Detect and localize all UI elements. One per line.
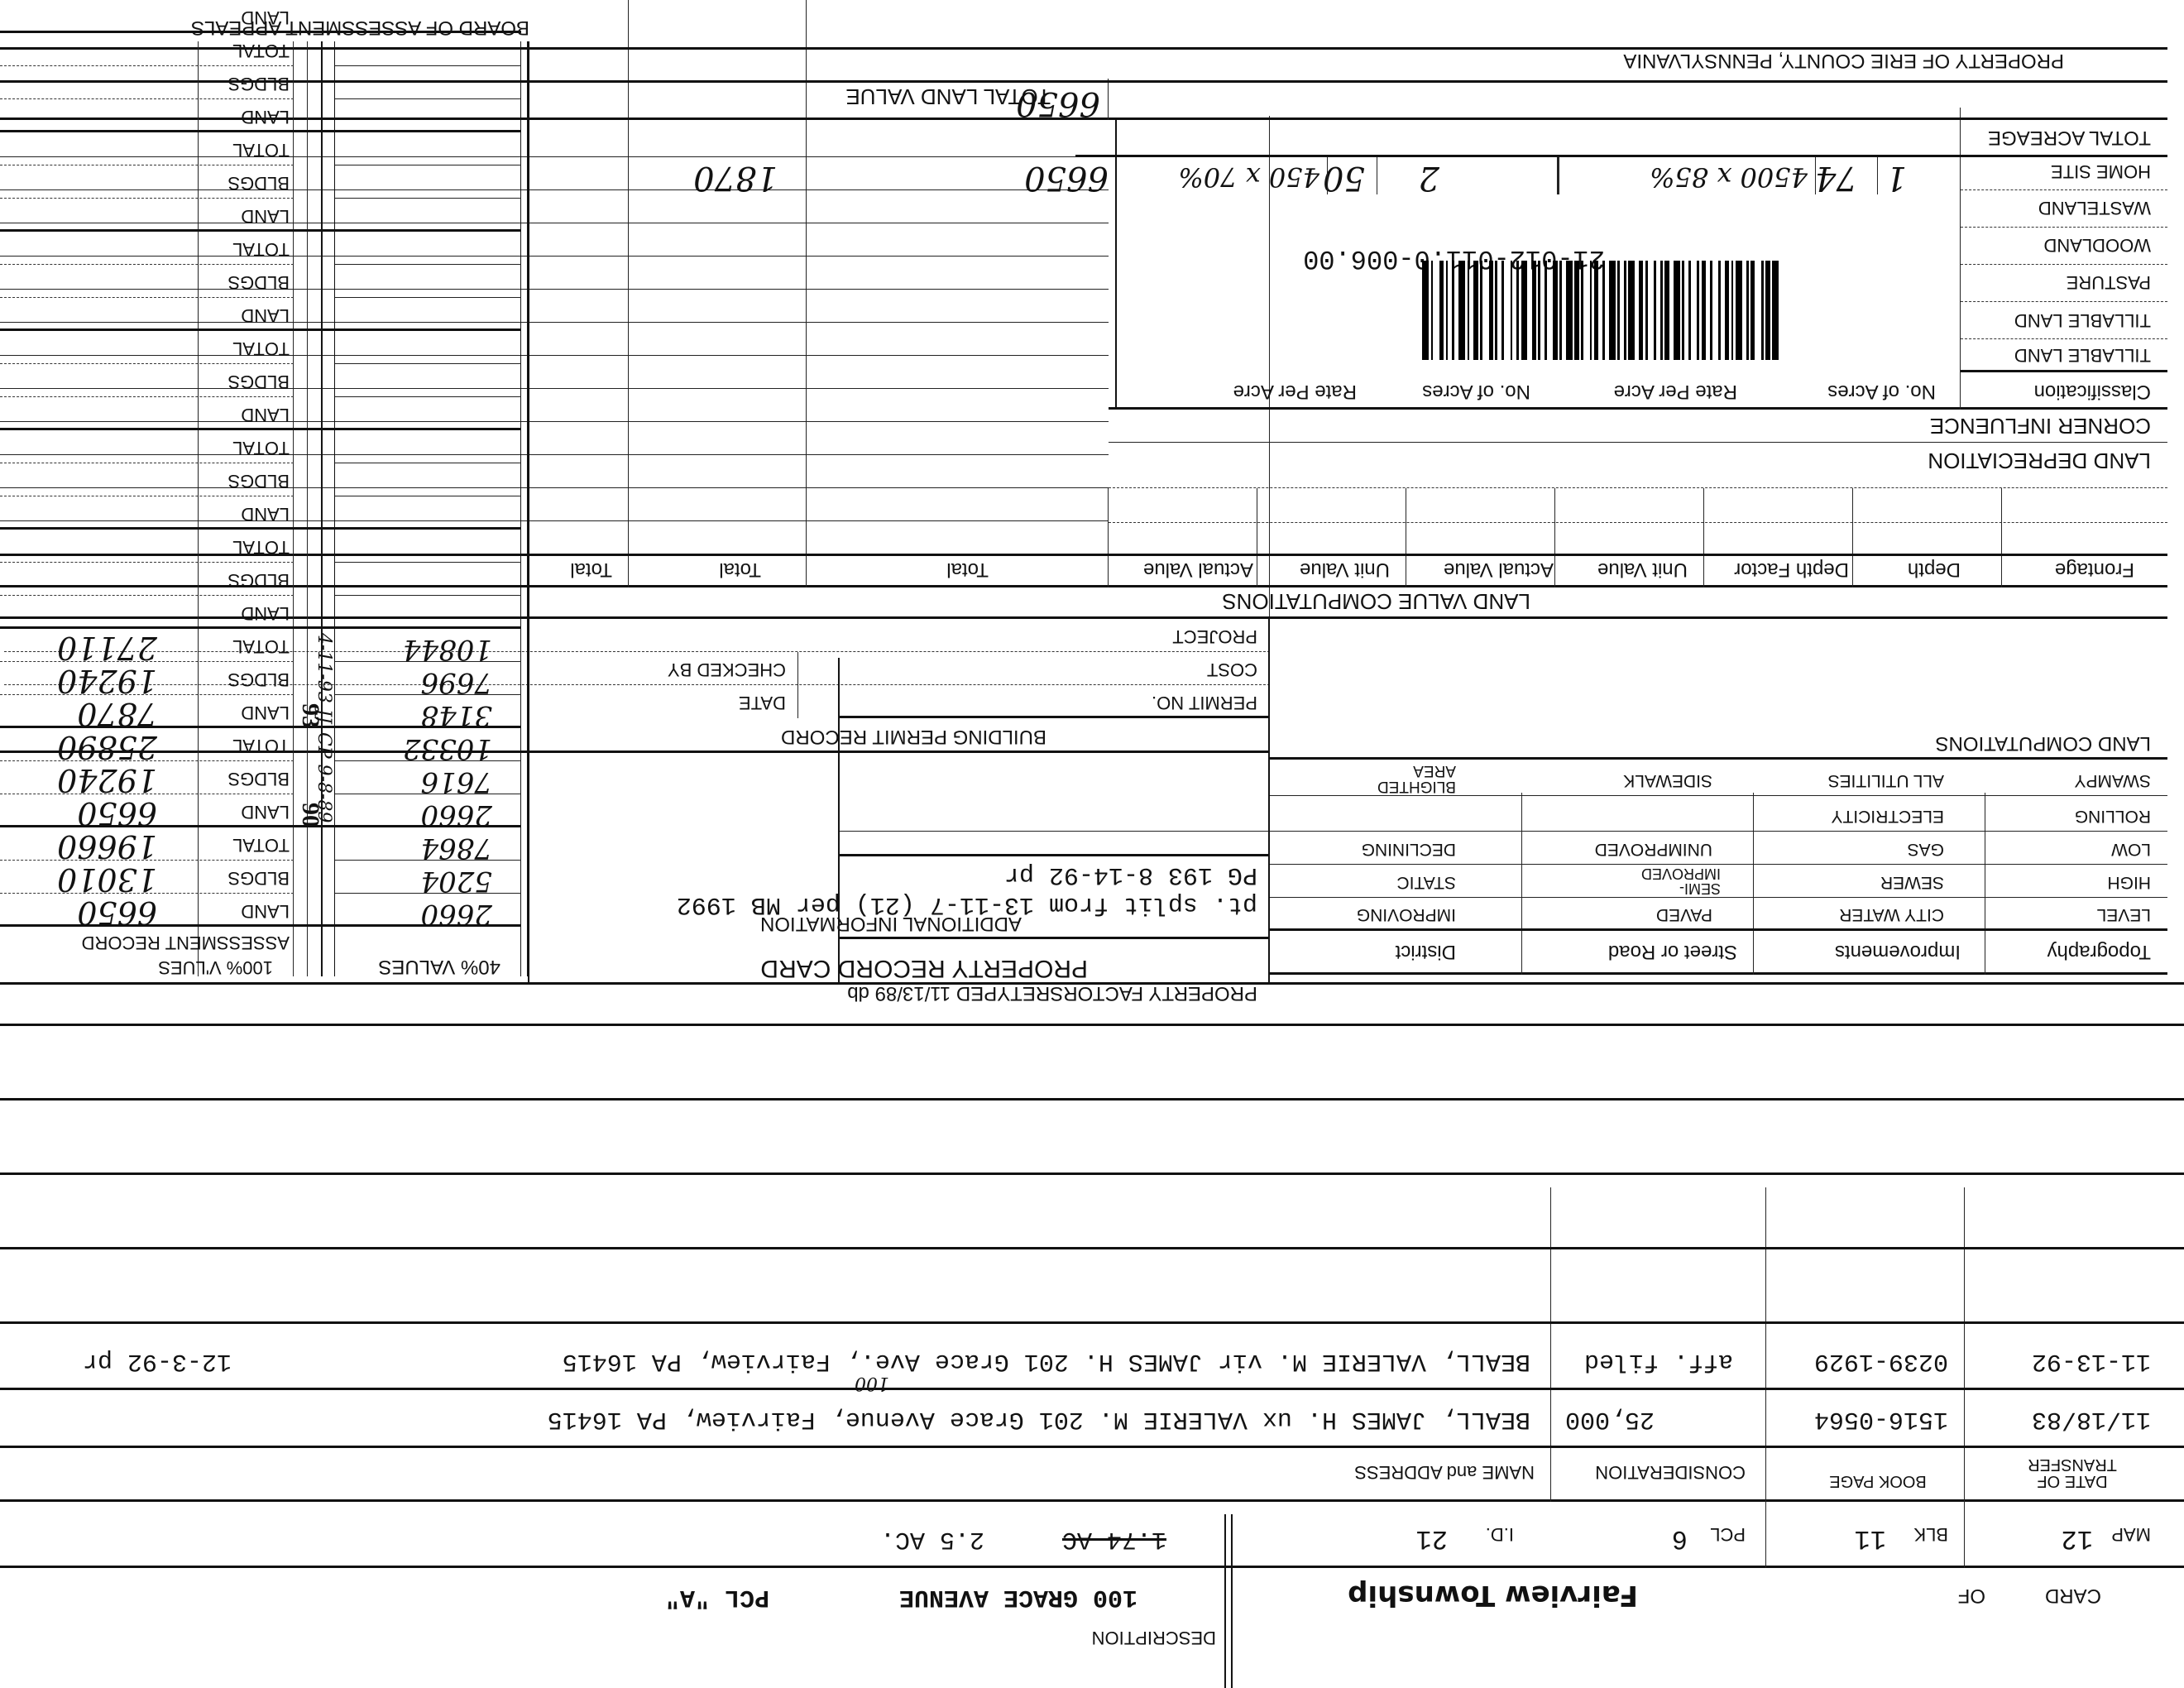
land-depreciation-label: LAND DEPRECIATION (1928, 450, 2151, 472)
divider (307, 41, 308, 976)
rule (0, 585, 2167, 587)
divider (1521, 793, 1522, 975)
row-rule (335, 463, 521, 463)
col-improvements: Improvements (1835, 942, 1961, 961)
factor-blighted-area: BLIGHTED AREA (1348, 763, 1456, 794)
col-unit-value: Unit Value (1597, 559, 1688, 579)
home-site-acres-2-frac: 50 (1323, 161, 1365, 194)
rule (0, 487, 1109, 488)
row-rule (335, 297, 521, 298)
row-rule (335, 65, 521, 66)
rule (1961, 264, 2167, 265)
row-rule (335, 264, 521, 265)
divider (1377, 157, 1377, 194)
name-address-header: NAME and ADDRESS (1354, 1463, 1535, 1481)
rule (0, 355, 1109, 356)
divider (293, 41, 294, 976)
transfer-date: 11-13-92 (2032, 1349, 2151, 1374)
row-rule (0, 264, 294, 265)
assessment-block-rule (0, 328, 521, 331)
divider (334, 41, 335, 976)
rule (0, 1024, 2184, 1026)
total-land-value: 6650 (1016, 87, 1100, 120)
permit-date-label: DATE (739, 693, 786, 712)
transfer-book-page: 0239-1929 (1814, 1349, 1948, 1374)
col-classification: Classification (2034, 381, 2151, 401)
assessment-row-label: LAND (241, 902, 290, 920)
id-value: 21 (1416, 1525, 1448, 1551)
rule (0, 750, 1270, 753)
rule (1270, 757, 2167, 760)
rule (840, 937, 1270, 939)
assessment-row-label: BLDGS (227, 372, 290, 391)
row-rule (0, 562, 294, 563)
county-title: PROPERTY OF ERIE COUNTY, PENNSYLVANIA (1623, 50, 2064, 70)
assessment-row-label: TOTAL (232, 41, 290, 60)
assessment-row-label: BLDGS (227, 472, 290, 490)
assessment-block-rule (0, 527, 521, 530)
rule (0, 1388, 2184, 1390)
value-100: 19240 (57, 665, 157, 697)
board-title: BOARD OF ASSESSMENT APPEALS (191, 17, 529, 37)
rule (1109, 487, 2167, 488)
class-wasteland: WASTELAND (2038, 199, 2151, 217)
description-pcl: PCL "A" (665, 1585, 769, 1609)
factor-rolling: ROLLING (2075, 808, 2151, 825)
corner-influence-label: CORNER INFLUENCE (1930, 415, 2151, 437)
class-woodland: WOODLAND (2043, 236, 2151, 254)
col-actual-value: Actual Value (1444, 559, 1554, 579)
row-rule (0, 297, 294, 298)
row-rule (0, 496, 294, 496)
assessment-row-label: LAND (241, 803, 290, 821)
land-value-computations-title: LAND VALUE COMPUTATIONS (1222, 591, 1530, 612)
assessment-block-rule (0, 130, 521, 132)
home-site-acres-1: 1 (1886, 161, 1907, 194)
additional-info-line-2: PG 193 8-14-92 pr (1004, 862, 1257, 887)
rule (1961, 301, 2167, 302)
divider (198, 41, 199, 976)
value-100: 13010 (57, 864, 157, 895)
assessment-record-label: ASSESSMENT RECORD (82, 933, 290, 952)
assessment-row-label: TOTAL (232, 439, 290, 457)
rule (1109, 407, 2167, 410)
class-total-acreage: TOTAL ACREAGE (1988, 127, 2151, 147)
class-pasture: PASTURE (2067, 273, 2151, 291)
permit-no-label: PERMIT NO. (1152, 693, 1257, 712)
factor-gas: GAS (1908, 841, 1944, 858)
divider (1224, 1514, 1226, 1688)
rule (1109, 522, 2167, 523)
property-record-title: PROPERTY RECORD CARD (760, 956, 1088, 981)
rule (1961, 338, 2167, 339)
col-depth: Depth (1908, 559, 1961, 579)
transfer-note: 12-3-92 pr (83, 1349, 232, 1374)
consideration-header: CONSIDERATION (1595, 1463, 1746, 1481)
value-40: 2660 (420, 900, 492, 928)
transfer-name-address: BEALL, VALERIE M. vir JAMES H. 201 Grace… (563, 1349, 1530, 1374)
divider (1985, 793, 1985, 975)
acreage-value: 2.5 AC. (880, 1527, 984, 1551)
factor-level: LEVEL (2097, 906, 2151, 923)
book-page-header: BOOK PAGE (1820, 1473, 1936, 1489)
assessment-row-label: BLDGS (227, 74, 290, 93)
factor-electricity: ELECTRICITY (1831, 808, 1944, 825)
value-40: 3148 (420, 702, 492, 730)
row-rule (335, 595, 521, 596)
home-site-rate-2: 450 x 70% (1178, 164, 1319, 190)
home-site-acres-2: 2 (1419, 161, 1439, 194)
row-rule (335, 98, 521, 99)
rule (0, 421, 1109, 422)
value-100: 27110 (57, 632, 157, 664)
assessment-stamp: 4-11-93 JJ (314, 633, 333, 723)
divider (1268, 616, 1270, 985)
factor-static: STATIC (1396, 874, 1456, 891)
factor-high: HIGH (2108, 874, 2152, 891)
rule (1270, 864, 2167, 865)
rule (0, 1446, 2184, 1448)
col-unit-value-2: Unit Value (1300, 559, 1390, 579)
divider (1108, 79, 1109, 120)
divider (1115, 120, 1117, 410)
id-label: I.D. (1486, 1525, 1514, 1543)
rule (1109, 442, 2167, 443)
divider (2001, 488, 2002, 587)
divider (1765, 1187, 1766, 1502)
factor-improving: IMPROVING (1357, 906, 1456, 923)
factor-paved: PAVED (1656, 906, 1712, 923)
additional-info-line-1: pt. split from 13-11-7 (21) per MB 1992 (677, 892, 1257, 917)
value-100: 7870 (77, 698, 157, 730)
home-site-value-2: 1870 (693, 161, 778, 194)
divider (1406, 488, 1406, 587)
rule (0, 322, 1109, 323)
value-100: 19660 (57, 831, 157, 862)
assessment-row-label: LAND (241, 505, 290, 523)
value-40: 7864 (420, 834, 492, 862)
factor-sidewalk: SIDEWALK (1623, 772, 1712, 789)
rule (0, 554, 2167, 556)
transfer-consideration: 25,000 (1565, 1407, 1655, 1431)
factor-low: LOW (2111, 841, 2151, 858)
rule (0, 1321, 2184, 1324)
divider (1852, 488, 1853, 587)
map-label: MAP (2111, 1525, 2151, 1543)
description-value: 100 GRACE AVENUE (899, 1585, 1137, 1609)
divider (1550, 1187, 1551, 1502)
rule (0, 289, 1109, 290)
rule (0, 256, 1109, 257)
row-rule (335, 496, 521, 496)
rule (840, 854, 1270, 856)
divider (1703, 488, 1704, 587)
value-100: 19240 (57, 765, 157, 796)
divider (321, 41, 323, 976)
col-district: District (1396, 942, 1456, 961)
value-40: 7616 (420, 768, 492, 796)
col-no-acres-1: No. of Acres (1827, 381, 1936, 401)
class-home-site: HOME SITE (2051, 162, 2151, 180)
checked-by-label: CHECKED BY (668, 660, 786, 679)
assessment-block-rule (0, 229, 521, 232)
assessment-row-label: BLDGS (227, 670, 290, 688)
col-topography: Topography (2047, 942, 2151, 961)
factor-sewer: SEWER (1880, 874, 1944, 891)
rule (0, 1172, 2184, 1175)
transfer-date: 11/18/83 (2032, 1407, 2151, 1431)
rule (1961, 189, 2167, 190)
divider (1960, 108, 1961, 410)
blk-label: BLK (1913, 1525, 1948, 1543)
divider (797, 652, 798, 718)
factor-unimproved: UNIMPROVED (1595, 841, 1712, 858)
value-40: 2660 (420, 801, 492, 829)
value-40: 7696 (420, 669, 492, 697)
assessment-row-label: LAND (241, 207, 290, 225)
assessment-left-border-inner (520, 41, 521, 976)
assessment-row-label: LAND (241, 306, 290, 324)
building-permit-title: BUILDING PERMIT RECORD (781, 727, 1046, 746)
value-40: 5204 (420, 867, 492, 895)
rule (0, 189, 1109, 190)
rule (840, 831, 1270, 832)
value-100: 25890 (57, 731, 157, 763)
value-100: 6650 (77, 798, 157, 829)
assessment-stamp: CP 9-8-89 (314, 732, 333, 822)
divider (1231, 1514, 1233, 1688)
rule (1270, 897, 2167, 898)
row-rule (335, 562, 521, 563)
rule (1075, 155, 2167, 157)
divider (1815, 157, 1816, 194)
row-rule (0, 396, 294, 397)
assessment-row-label: BLDGS (227, 174, 290, 192)
acreage-struck: 1.74 AC (1062, 1527, 1166, 1551)
home-site-value-1: 6650 (1024, 161, 1109, 194)
map-value: 12 (2062, 1525, 2093, 1551)
row-rule (335, 363, 521, 364)
handwritten-correction: 100 (855, 1374, 889, 1392)
factor-declining: DECLINING (1362, 841, 1456, 858)
row-rule (0, 595, 294, 596)
rule (0, 388, 1109, 389)
township-name: Fairview Township (1348, 1581, 1638, 1609)
rule (1270, 831, 2167, 832)
assessment-row-label: BLDGS (227, 571, 290, 589)
assessment-row-label: LAND (241, 108, 290, 126)
pcl-label: PCL (1710, 1525, 1746, 1543)
rule (1270, 928, 2167, 931)
cost-label: COST (1207, 660, 1257, 679)
rule (4, 684, 1270, 685)
transfer-book-page: 1516-0564 (1814, 1407, 1948, 1431)
divider (838, 658, 840, 985)
divider (1257, 488, 1257, 587)
value-40: 10332 (403, 735, 492, 763)
col-total-3: Total (570, 559, 612, 579)
value-100: 6650 (77, 897, 157, 928)
transfer-consideration: aff. filed (1584, 1349, 1733, 1374)
col-total-1: Total (946, 559, 989, 579)
land-computations-label: LAND COMPUTATIONS (1936, 733, 2151, 753)
rule (1270, 972, 2167, 975)
class-tillable-2: TILLABLE LAND (2014, 311, 2151, 329)
divider (1557, 157, 1559, 194)
assessment-row-label: TOTAL (232, 637, 290, 655)
rule (0, 1566, 2184, 1568)
factor-all-utilities: ALL UTILITIES (1828, 772, 1944, 789)
value-40: 10844 (403, 635, 492, 664)
assessment-row-label: BLDGS (227, 273, 290, 291)
divider (1964, 1187, 1965, 1502)
rule (0, 223, 1109, 223)
card-label: CARD (2045, 1585, 2101, 1605)
rule (0, 454, 1109, 455)
assessment-row-label: LAND (241, 405, 290, 424)
col-actual-value-2: Actual Value (1143, 559, 1253, 579)
rule (4, 651, 1270, 652)
description-label: DESCRIPTION (1092, 1628, 1216, 1647)
rule (1270, 795, 2167, 796)
rule (0, 616, 2167, 619)
assessment-row-label: BLDGS (227, 770, 290, 788)
project-label: PROJECT (1172, 627, 1257, 645)
assessment-row-label: TOTAL (232, 339, 290, 357)
divider (1327, 157, 1328, 194)
assessment-row-label: TOTAL (232, 736, 290, 755)
class-tillable-1: TILLABLE LAND (2014, 346, 2151, 364)
factor-swampy: SWAMPY (2074, 772, 2151, 789)
rule (0, 1098, 2184, 1101)
row-rule (0, 363, 294, 364)
blk-value: 11 (1855, 1525, 1886, 1551)
row-rule (0, 463, 294, 463)
row-rule (335, 165, 521, 165)
divider (1753, 793, 1754, 975)
assessment-row-label: TOTAL (232, 836, 290, 854)
property-factors-title: PROPERTY FACTORSRETYPED 11/13/89 db (847, 983, 1257, 1003)
col-rate-1: Rate Per Acre (1614, 381, 1737, 401)
assessment-block-rule (0, 626, 521, 629)
assessment-left-border (527, 41, 529, 976)
property-record-card: CARD OF Fairview Township DESCRIPTION 10… (0, 0, 2184, 1688)
pcl-value: 6 (1672, 1525, 1688, 1551)
divider (1554, 488, 1555, 587)
col-frontage: Frontage (2055, 559, 2134, 579)
assessment-row-label: BLDGS (227, 869, 290, 887)
assessment-row-label: TOTAL (232, 141, 290, 159)
col-depth-factor: Depth Factor (1734, 559, 1849, 579)
factor-city-water: CITY WATER (1839, 906, 1944, 923)
row-rule (335, 396, 521, 397)
row-rule (0, 65, 294, 66)
row-rule (0, 198, 294, 199)
col-total-2: Total (719, 559, 761, 579)
divider (1108, 488, 1109, 587)
divider (628, 0, 629, 587)
row-rule (0, 165, 294, 165)
col-rate-2: Rate Per Acre (1233, 381, 1357, 401)
assessment-row-label: TOTAL (232, 240, 290, 258)
factor-semi-improved: SEMI-IMPROVED (1621, 866, 1721, 896)
values-100-label: 100% V'LUES (158, 958, 273, 976)
rule (0, 520, 1109, 521)
row-rule (335, 198, 521, 199)
col-street: Street or Road (1608, 942, 1737, 961)
rule (0, 80, 2167, 83)
rule (840, 716, 1270, 718)
divider (1877, 157, 1878, 194)
home-site-acres-1-frac: 74 (1815, 161, 1857, 194)
home-site-rate-1: 4500 x 85% (1650, 164, 1808, 190)
assessment-row-label: TOTAL (232, 538, 290, 556)
col-no-acres-2: No. of Acres (1422, 381, 1530, 401)
transfer-date-header: DATE OF TRANSFER (2002, 1456, 2143, 1489)
rule (0, 1499, 2184, 1502)
row-rule (0, 98, 294, 99)
of-label: OF (1958, 1585, 1985, 1605)
assessment-block-rule (0, 428, 521, 430)
rule (0, 156, 1109, 157)
assessment-row-label: LAND (241, 604, 290, 622)
assessment-row-label: LAND (241, 703, 290, 722)
parcel-barcode (1125, 261, 1779, 360)
transfer-name-address: BEALL, JAMES H. ux VALERIE M. 201 Grace … (548, 1407, 1530, 1431)
rule (1961, 370, 2167, 372)
rule (1961, 227, 2167, 228)
values-40-label: 40% VALUES (378, 957, 500, 976)
divider (806, 0, 807, 587)
rule (0, 1247, 2184, 1249)
